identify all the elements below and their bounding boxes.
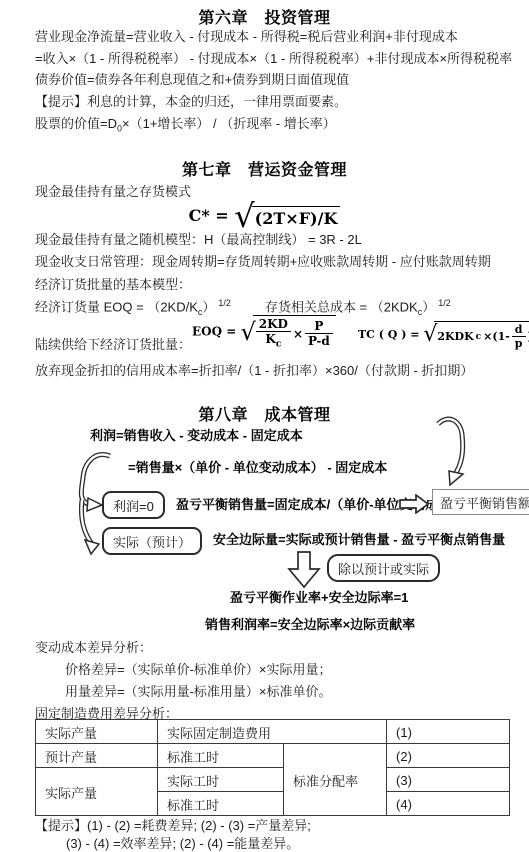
table-cell: (1) xyxy=(387,720,510,744)
table-cell: (4) xyxy=(387,792,510,816)
formula-line: 营业现金净流量=营业收入 - 付现成本 - 所得税=税后营业利润+非付现成本 xyxy=(35,29,458,44)
table-cell: 标准分配率 xyxy=(284,744,387,816)
table-row: 实际产量 实际工时 (3) xyxy=(36,768,510,792)
text-line: 陆续供给下经济订货批量： xyxy=(35,337,191,352)
table-cell: 标准工时 xyxy=(158,744,284,768)
table-row: 预计产量 标准工时 标准分配率 (2) xyxy=(36,744,510,768)
divide-box: 除以预计或实际 xyxy=(327,554,440,582)
fixed-overhead-variance-table: 实际产量 实际固定制造费用 (1) 预计产量 标准工时 标准分配率 (2) 实际… xyxy=(35,719,510,816)
curved-arrow-right-icon xyxy=(416,414,478,488)
block-arrow-right-icon xyxy=(399,494,429,514)
formula-line: 价格差异=（实际单价-标准单价）×实际用量； xyxy=(65,662,332,677)
table-cell: 实际产量 xyxy=(36,720,158,744)
table-cell: 实际固定制造费用 xyxy=(158,720,387,744)
tc-formula: TC ( Q ) = √2KDKc×(1-dp) xyxy=(358,321,529,349)
formula-line: 现金最佳持有量之随机模型：H（最高控制线） = 3R - 2L xyxy=(35,232,362,247)
eoq-continuous-formula: EOQ = √2KDKc×PP-d xyxy=(192,315,336,349)
table-cell: 预计产量 xyxy=(36,744,158,768)
table-row: 实际产量 实际固定制造费用 (1) xyxy=(36,720,510,744)
breakeven-rate-formula: 盈亏平衡作业率+安全边际率=1 xyxy=(230,590,408,605)
formula-line: 现金收支日常管理：现金周转期=存货周转期+应收账款周转期 - 应付账款周转期 xyxy=(35,254,491,269)
text-line: 经济订货批量的基本模型： xyxy=(35,277,191,292)
table-cell: 实际产量 xyxy=(36,768,158,816)
safety-margin-formula: 安全边际量=实际或预计销售量 - 盈亏平衡点销售量 xyxy=(213,532,505,547)
formula-line: 用量差异=（实际用量-标准用量）×标准单价。 xyxy=(65,684,332,699)
chapter7-title: 第七章 营运资金管理 xyxy=(0,157,529,180)
formula-line: =收入×（1 - 所得税税率） - 付现成本×（1 - 所得税税率）+非付现成本… xyxy=(35,51,512,66)
chapter6-title: 第六章 投资管理 xyxy=(0,5,529,28)
sales-profit-rate-formula: 销售利润率=安全边际率×边际贡献率 xyxy=(205,617,415,632)
cstar-formula: C* = √(2T×F)/K xyxy=(0,203,529,230)
table-cell: 实际工时 xyxy=(158,768,284,792)
table-cell: (2) xyxy=(387,744,510,768)
tip-line: 【提示】(1) - (2) =耗费差异; (2) - (3) =产量差异; xyxy=(35,818,311,833)
profit-formula-line: 利润=销售收入 - 变动成本 - 固定成本 xyxy=(90,428,303,443)
breakeven-amount-box: 盈亏平衡销售额 xyxy=(432,489,529,515)
formula-line: 放弃现金折扣的信用成本率=折扣率/（1 - 折扣率）×360/（付款期 - 折扣… xyxy=(35,363,473,378)
profit-zero-box: 利润=0 xyxy=(102,491,165,519)
formula-line: 债券价值=债券各年利息现值之和+债券到期日面值现值 xyxy=(35,72,349,87)
actual-forecast-box: 实际（预计） xyxy=(102,527,202,555)
text-line: 现金最佳持有量之存货模式 xyxy=(35,184,191,199)
block-arrow-down-icon xyxy=(287,551,321,589)
tip-line: 【提示】利息的计算，本金的归还，一律用票面要素。 xyxy=(35,94,347,109)
formula-line: 股票的价值=D0×（1+增长率） / （折现率 - 增长率） xyxy=(35,116,336,137)
table-cell: 标准工时 xyxy=(158,792,284,816)
document-page: 第六章 投资管理 营业现金净流量=营业收入 - 付现成本 - 所得税=税后营业利… xyxy=(0,0,529,852)
profit-formula-line: =销售量×（单价 - 单位变动成本） - 固定成本 xyxy=(128,460,387,475)
table-cell: (3) xyxy=(387,768,510,792)
tip-line: (3) - (4) =效率差异; (2) - (4) =能量差异。 xyxy=(66,836,299,851)
section-label: 变动成本差异分析： xyxy=(35,640,152,655)
